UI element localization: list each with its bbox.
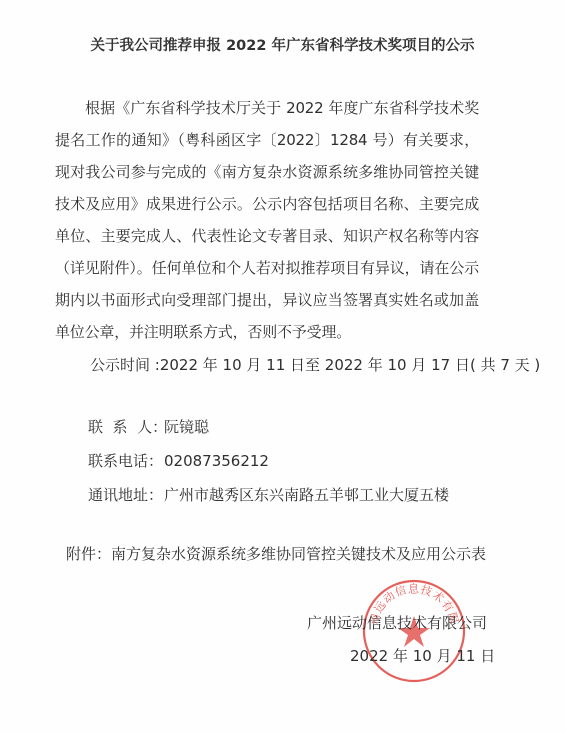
contact-phone-label: 联系电话：	[88, 450, 164, 471]
contact-phone-value: 02087356212	[164, 452, 269, 470]
attachment-line: 附件：南方复杂水资源系统多维协同管控关键技术及应用公示表	[66, 543, 486, 564]
contact-person-row: 联 系 人：阮镜聪	[88, 416, 209, 437]
signer-company: 广州远动信息技术有限公司	[307, 612, 487, 633]
contact-address-value: 广州市越秀区东兴南路五羊邨工业大厦五楼	[164, 484, 449, 505]
document-title: 关于我公司推荐申报 2022 年广东省科学技术奖项目的公示	[0, 34, 565, 55]
contact-person-value: 阮镜聪	[164, 416, 209, 437]
document-page: 关于我公司推荐申报 2022 年广东省科学技术奖项目的公示 根据《广东省科学技术…	[0, 0, 565, 734]
contact-phone-row: 联系电话：02087356212	[88, 450, 269, 471]
contact-address-row: 通讯地址：广州市越秀区东兴南路五羊邨工业大厦五楼	[88, 484, 449, 505]
publicity-period: 公示时间 :2022 年 10 月 11 日至 2022 年 10 月 17 日…	[90, 354, 540, 375]
contact-person-label: 联 系 人：	[88, 416, 164, 437]
signature-date: 2022 年 10 月 11 日	[350, 645, 495, 666]
body-paragraph: 根据《广东省科学技术厅关于 2022 年度广东省科学技术奖提名工作的通知》（粤科…	[55, 92, 479, 348]
contact-address-label: 通讯地址：	[88, 484, 164, 505]
